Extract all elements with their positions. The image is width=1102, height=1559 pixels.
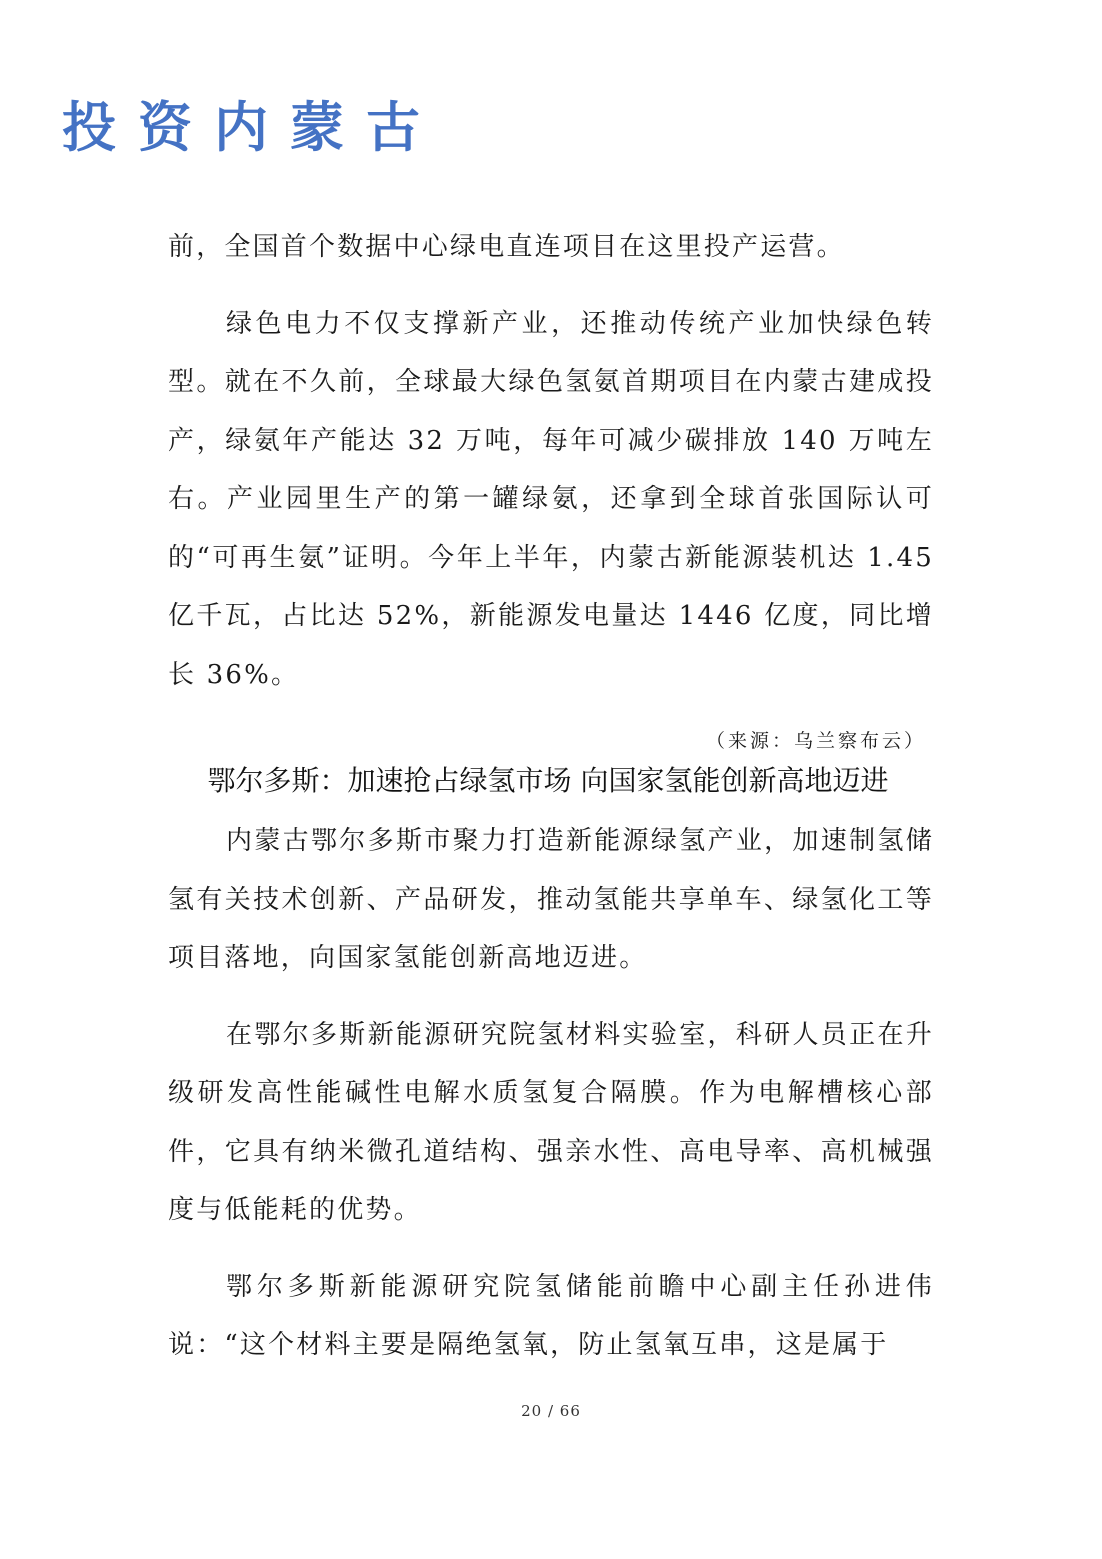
paragraph-gap: [168, 277, 934, 295]
source-citation: （来源：乌兰察布云）: [168, 726, 934, 756]
page-number: 20 / 66: [0, 1402, 1102, 1420]
paragraph-gap: [168, 1240, 934, 1258]
paragraph-continuation: 前，全国首个数据中心绿电直连项目在这里投产运营。: [168, 218, 934, 277]
article-headline: 鄂尔多斯：加速抢占绿氢市场 向国家氢能创新高地迈进: [162, 758, 934, 804]
paragraph-quote: 鄂尔多斯新能源研究院氢储能前瞻中心副主任孙进伟说：“这个材料主要是隔绝氢氧，防止…: [168, 1258, 934, 1375]
paragraph-ordos-intro: 内蒙古鄂尔多斯市聚力打造新能源绿氢产业，加速制氢储氢有关技术创新、产品研发，推动…: [168, 812, 934, 988]
page-content: 前，全国首个数据中心绿电直连项目在这里投产运营。 绿色电力不仅支撑新产业，还推动…: [168, 218, 934, 1375]
masthead-title: 投资内蒙古: [62, 92, 442, 162]
paragraph-green-power: 绿色电力不仅支撑新产业，还推动传统产业加快绿色转型。就在不久前，全球最大绿色氢氨…: [168, 295, 934, 705]
paragraph-gap: [168, 988, 934, 1006]
paragraph-lab: 在鄂尔多斯新能源研究院氢材料实验室，科研人员正在升级研发高性能碱性电解水质氢复合…: [168, 1006, 934, 1240]
